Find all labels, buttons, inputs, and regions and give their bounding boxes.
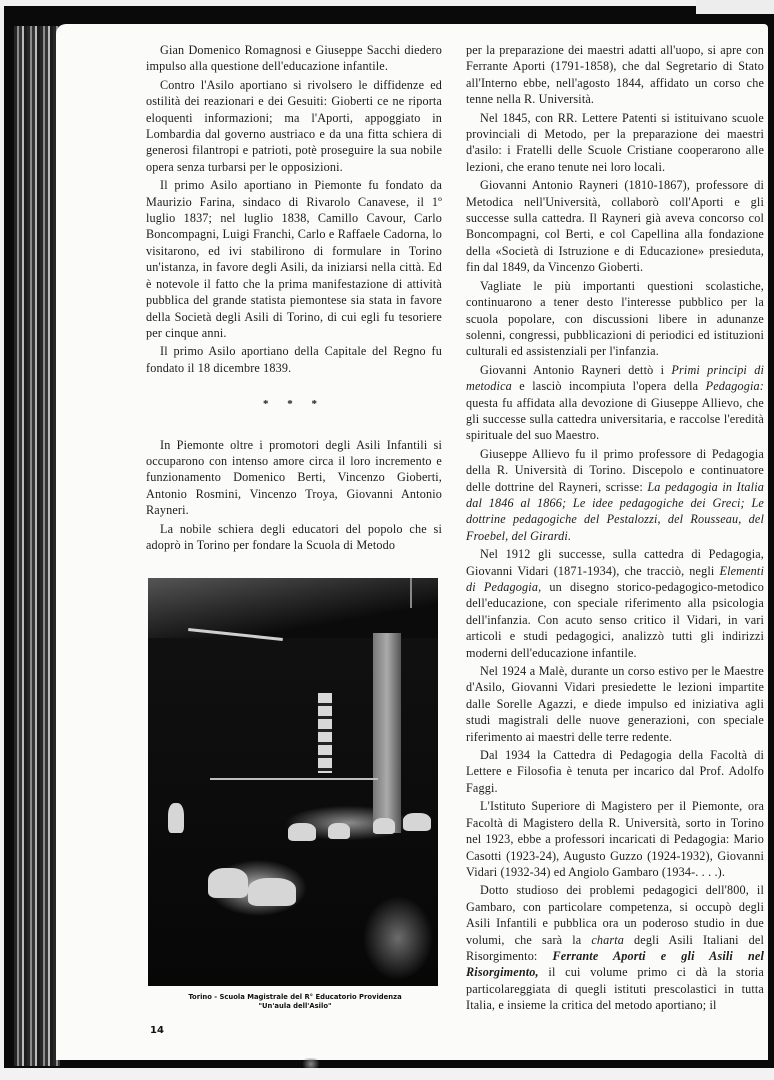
paragraph: Nel 1924 a Malè, durante un corso estivo… xyxy=(466,663,764,745)
paragraph: Nel 1912 gli successe, sulla cattedra di… xyxy=(466,546,764,661)
caption-line: "Un'aula dell'Asilo" xyxy=(140,1002,450,1011)
paragraph: Giuseppe Allievo fu il primo professore … xyxy=(466,446,764,544)
caption-line: Torino - Scuola Magistrale del R° Educat… xyxy=(140,993,450,1002)
paragraph: Giovanni Antonio Rayneri dettò i Primi p… xyxy=(466,362,764,444)
photo-child xyxy=(403,813,431,831)
paragraph: Gian Domenico Romagnosi e Giuseppe Sacch… xyxy=(146,42,442,75)
paragraph: Il primo Asilo aportiano in Piemonte fu … xyxy=(146,177,442,341)
emphasis: charta xyxy=(591,933,624,947)
paragraph: Nel 1845, con RR. Lettere Patenti si ist… xyxy=(466,110,764,176)
photo-child xyxy=(288,823,316,841)
photo-child xyxy=(208,868,248,898)
page-number: 14 xyxy=(150,1025,164,1036)
paragraph: Il primo Asilo aportiano della Capitale … xyxy=(146,343,442,376)
left-text-column: Gian Domenico Romagnosi e Giuseppe Sacch… xyxy=(146,42,442,553)
text-run: Giovanni Antonio Rayneri dettò i xyxy=(480,363,671,377)
paragraph: Giovanni Antonio Rayneri (1810-1867), pr… xyxy=(466,177,764,275)
paragraph: Dotto studioso dei problemi pedagogici d… xyxy=(466,882,764,1013)
photo-child xyxy=(328,823,350,839)
paragraph: In Piemonte oltre i promotori degli Asil… xyxy=(146,437,442,519)
photo-window xyxy=(318,693,332,773)
scan-margin-top xyxy=(696,0,774,14)
photo-child xyxy=(248,878,296,906)
paragraph: Contro l'Asilo aportiano si rivolsero le… xyxy=(146,77,442,175)
photo-lamp xyxy=(410,578,412,608)
right-text-column: per la preparazione dei maestri adatti a… xyxy=(466,42,764,1014)
photo-teacher xyxy=(168,803,184,833)
paragraph: Vagliate le più importanti questioni sco… xyxy=(466,278,764,360)
paragraph: La nobile schiera degli educatori del po… xyxy=(146,521,442,554)
classroom-photograph xyxy=(148,578,438,986)
photo-desk-line xyxy=(210,778,378,780)
paragraph: per la preparazione dei maestri adatti a… xyxy=(466,42,764,108)
text-run: questa fu affidata alla devozione di Giu… xyxy=(466,396,764,443)
paragraph: Dal 1934 la Cattedra di Pedagogia della … xyxy=(466,747,764,796)
figure-caption: Torino - Scuola Magistrale del R° Educat… xyxy=(140,993,450,1011)
text-run: e lasciò incompiuta l'opera della xyxy=(512,379,706,393)
paragraph: L'Istituto Superiore di Magistero per il… xyxy=(466,798,764,880)
photo-pillar xyxy=(373,633,401,833)
section-break-asterism: * * * xyxy=(146,396,442,412)
book-page-edges xyxy=(14,26,60,1066)
photo-child xyxy=(373,818,395,834)
book-title: Pedagogia: xyxy=(706,379,764,393)
scan-margin-bottom xyxy=(0,1068,774,1080)
